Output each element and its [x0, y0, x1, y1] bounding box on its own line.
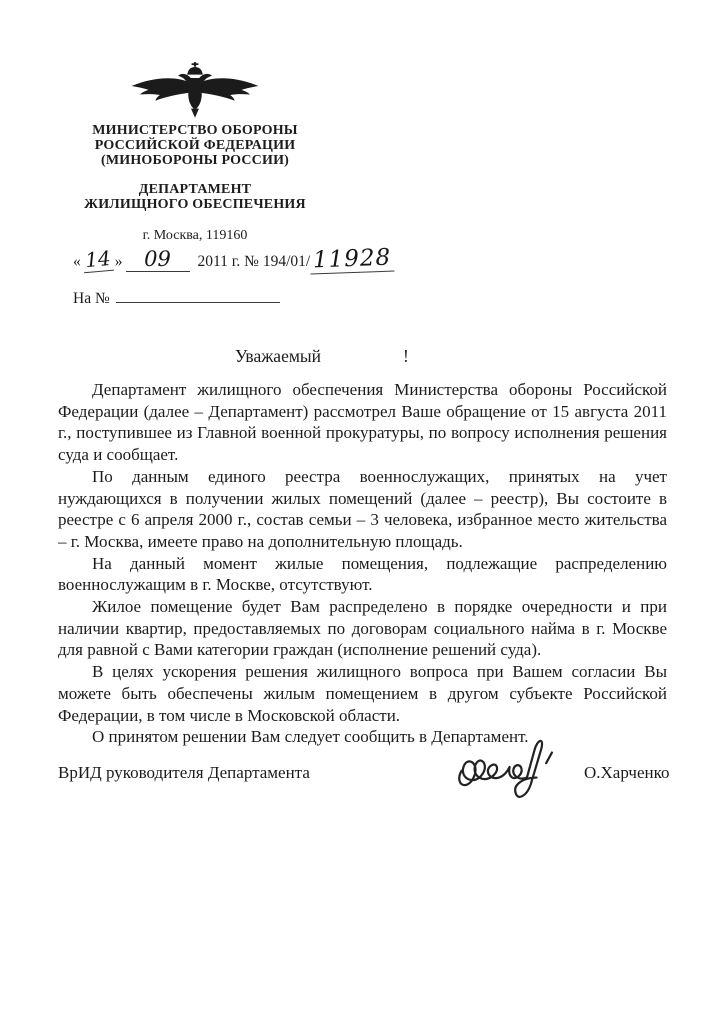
double-headed-eagle-emblem-icon: [127, 62, 263, 119]
letterhead: МИНИСТЕРСТВО ОБОРОНЫ РОССИЙСКОЙ ФЕДЕРАЦИ…: [52, 62, 338, 244]
reference-block: « 14 » 09 2011 г. № 194/01/ 11928 На №: [73, 246, 394, 308]
scanned-official-letter: МИНИСТЕРСТВО ОБОРОНЫ РОССИЙСКОЙ ФЕДЕРАЦИ…: [0, 0, 724, 1024]
quote-close: »: [115, 253, 123, 271]
typed-outgoing-prefix: 2011 г. № 194/01/: [198, 253, 311, 271]
letter-body: Департамент жилищного обеспечения Минист…: [58, 379, 667, 748]
paragraph-6: О принятом решении Вам следует сообщить …: [58, 726, 667, 748]
salutation: Уважаемый !: [58, 346, 666, 367]
paragraph-1: Департамент жилищного обеспечения Минист…: [58, 379, 667, 466]
handwritten-signature: [450, 728, 575, 806]
reply-to-label: На №: [73, 290, 110, 307]
salutation-punctuation: !: [403, 346, 409, 367]
department-name-line2: ЖИЛИЩНОГО ОБЕСПЕЧЕНИЯ: [52, 197, 338, 212]
salutation-greeting: Уважаемый: [235, 346, 321, 367]
signer-position-title: ВрИД руководителя Департамента: [58, 763, 310, 783]
ministry-name-line3: (МИНОБОРОНЫ РОССИИ): [52, 153, 338, 168]
paragraph-4: Жилое помещение будет Вам распределено в…: [58, 596, 667, 661]
paragraph-3: На данный момент жилые помещения, подлеж…: [58, 553, 667, 596]
signer-name: О.Харченко: [584, 763, 670, 783]
handwritten-month: 09: [126, 247, 190, 272]
paragraph-5: В целях ускорения решения жилищного вопр…: [58, 661, 667, 726]
handwritten-outgoing-number: 11928: [310, 245, 395, 275]
ministry-name-line2: РОССИЙСКОЙ ФЕДЕРАЦИИ: [52, 138, 338, 153]
quote-open: «: [73, 253, 81, 271]
handwritten-day: 14: [82, 246, 114, 274]
reply-to-line: На №: [73, 288, 394, 308]
reply-to-blank-line: [116, 288, 280, 303]
letterhead-address: г. Москва, 119160: [52, 228, 338, 244]
department-name-line1: ДЕПАРТАМЕНТ: [52, 182, 338, 197]
ministry-name-line1: МИНИСТЕРСТВО ОБОРОНЫ: [52, 123, 338, 138]
paragraph-2: По данным единого реестра военнослужащих…: [58, 466, 667, 553]
date-number-line: « 14 » 09 2011 г. № 194/01/ 11928: [73, 246, 394, 273]
